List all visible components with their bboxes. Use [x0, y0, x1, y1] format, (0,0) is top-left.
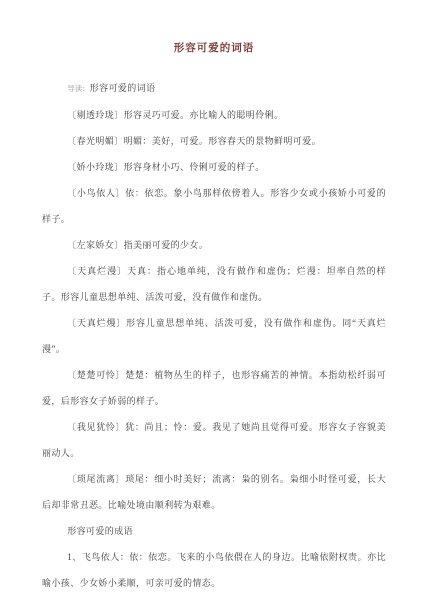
idiom-paragraph: 1、飞鸟依人：依：依恋。飞来的小鸟依偎在人的身边。比喻依附权贵。亦比喻小孩、少女… — [42, 544, 386, 596]
lead-label: 导读： — [67, 84, 90, 93]
definition-paragraph: 〔春光明媚〕明媚：美好，可爱。形容春天的景物鲜明可爱。 — [42, 128, 386, 154]
definition-paragraph: 〔天真烂漫〕天真：指心地单纯，没有做作和虚伪；烂漫：坦率自然的样子。形容儿童思想… — [42, 258, 386, 310]
idioms-list: 1、飞鸟依人：依：依恋。飞来的小鸟依偎在人的身边。比喻依附权贵。亦比喻小孩、少女… — [42, 544, 386, 596]
lead-paragraph: 导读：形容可爱的词语 — [42, 75, 386, 102]
lead-text: 形容可爱的词语 — [90, 83, 156, 93]
definition-paragraph: 〔小鸟依人〕依：依恋。象小鸟那样依傍着人。形容少女或小孩娇小可爱的样子。 — [42, 180, 386, 232]
definition-paragraph: 〔楚楚可怜〕楚楚：植物丛生的样子，也形容痛苦的神情。本指幼松纤弱可爱，后形容女子… — [42, 362, 386, 414]
definition-paragraph: 〔左家娇女〕指美丽可爱的少女。 — [42, 232, 386, 258]
document-content: 导读：形容可爱的词语 〔剔透玲珑〕形容灵巧可爱。亦比喻人的聪明伶俐。〔春光明媚〕… — [42, 75, 386, 596]
definition-paragraph: 〔我见犹怜〕犹：尚且；怜：爱。我见了她尚且觉得可爱。形容女子容貌美丽动人。 — [42, 414, 386, 466]
definition-paragraph: 〔剔透玲珑〕形容灵巧可爱。亦比喻人的聪明伶俐。 — [42, 102, 386, 128]
document-page: 形容可爱的词语 导读：形容可爱的词语 〔剔透玲珑〕形容灵巧可爱。亦比喻人的聪明伶… — [0, 0, 424, 600]
definition-paragraph: 〔琐尾流离〕琐尾：细小时美好；流离：枭的别名。枭细小时怪可爱，长大后却非常丑恶。… — [42, 466, 386, 518]
page-title: 形容可爱的词语 — [42, 40, 386, 55]
definition-paragraph: 〔娇小玲珑〕形容身材小巧、伶俐可爱的样子。 — [42, 154, 386, 180]
definitions-list: 〔剔透玲珑〕形容灵巧可爱。亦比喻人的聪明伶俐。〔春光明媚〕明媚：美好，可爱。形容… — [42, 102, 386, 518]
definition-paragraph: 〔天真烂熳〕形容儿童思想单纯、活泼可爱，没有做作和虚伪。同“天真烂漫”。 — [42, 310, 386, 362]
subheading: 形容可爱的成语 — [42, 518, 386, 544]
